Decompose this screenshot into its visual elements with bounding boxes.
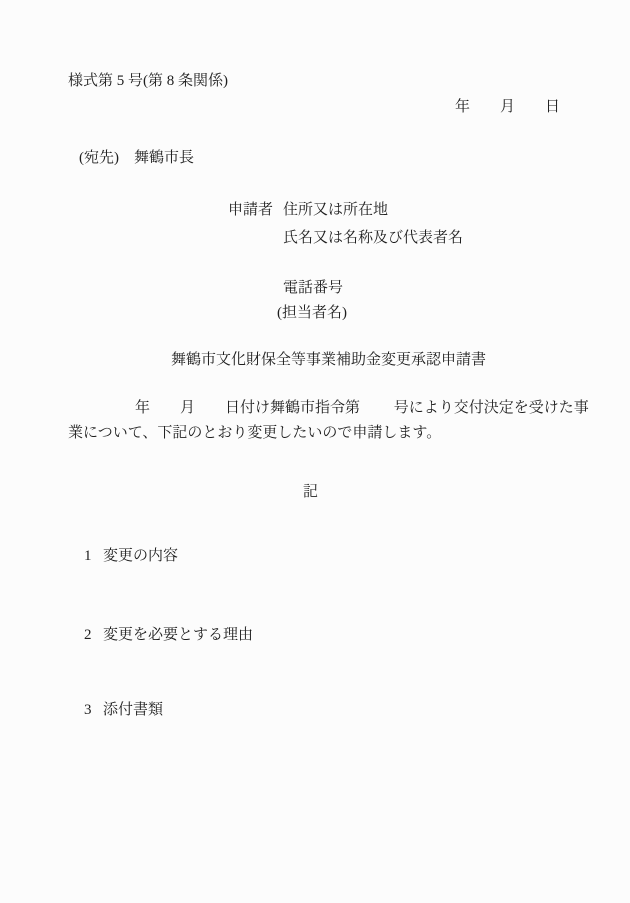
- document-page: 様式第 5 号(第 8 条関係) 年 月 日 (宛先) 舞鶴市長 申請者 住所又…: [0, 0, 630, 903]
- numbered-item: 1変更の内容: [69, 533, 178, 581]
- body-line: 業について、下記のとおり変更したいので申請します。: [68, 426, 441, 442]
- applicant-name-label: 氏名又は名称及び代表者名: [283, 231, 463, 247]
- numbered-item: 2変更を必要とする理由: [69, 612, 253, 660]
- item-number: 3: [84, 703, 103, 719]
- applicant-address-label: 住所又は所在地: [283, 203, 388, 219]
- item-label: 変更の内容: [103, 548, 178, 564]
- applicant-label: 申請者: [228, 203, 273, 219]
- date-placeholder: 年 月 日: [455, 100, 560, 116]
- item-label: 添付書類: [103, 702, 163, 718]
- item-number: 1: [84, 549, 103, 565]
- item-label: 変更を必要とする理由: [103, 627, 253, 643]
- addressee-line: (宛先) 舞鶴市長: [79, 151, 194, 167]
- form-number: 様式第 5 号(第 8 条関係): [68, 74, 228, 90]
- item-number: 2: [84, 628, 103, 644]
- body-line: 年 月 日付け舞鶴市指令第 号により交付決定を受けた事: [135, 401, 589, 417]
- record-marker: 記: [303, 485, 318, 501]
- numbered-item: 3添付書類: [69, 687, 163, 735]
- applicant-phone-label: 電話番号: [283, 281, 343, 297]
- document-title: 舞鶴市文化財保全等事業補助金変更承認申請書: [171, 353, 486, 369]
- applicant-contact-label: (担当者名): [277, 306, 347, 322]
